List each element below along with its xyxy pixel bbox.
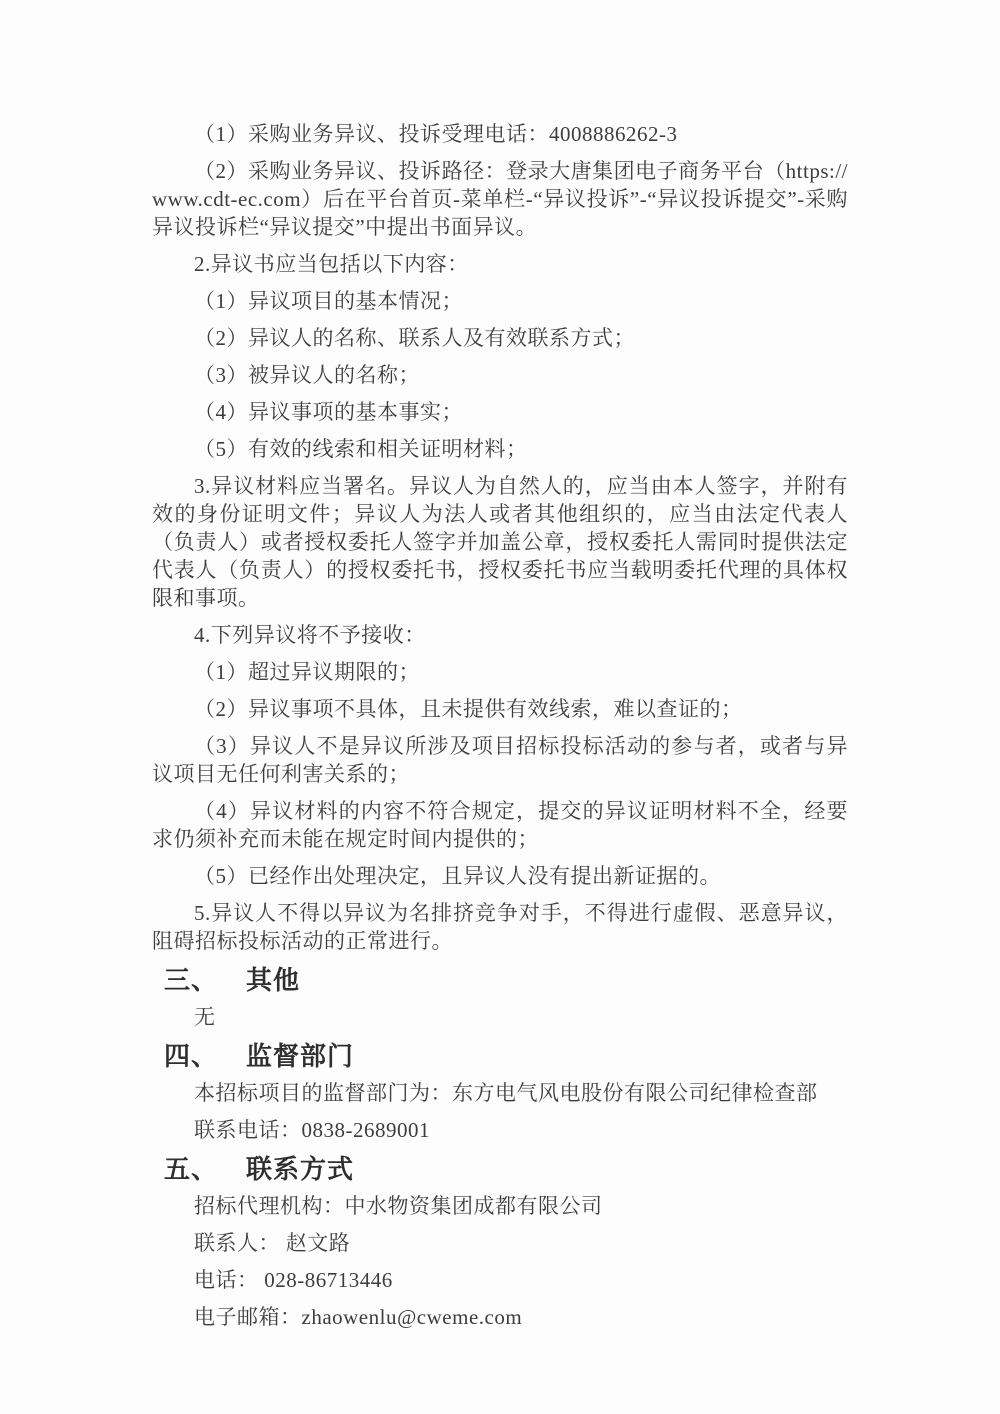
para-objection-letter-intro: 2.异议书应当包括以下内容：	[152, 250, 848, 278]
para-complaint-path: （2）采购业务异议、投诉路径：登录大唐集团电子商务平台（https://www.…	[152, 157, 848, 241]
section-heading-supervision: 四、 监督部门	[152, 1040, 848, 1073]
para-supervision-department: 本招标项目的监督部门为：东方电气风电股份有限公司纪律检查部	[152, 1079, 848, 1107]
para-rejection-item-4: （4）异议材料的内容不符合规定，提交的异议证明材料不全，经要求仍须补充而未能在规…	[152, 797, 848, 853]
heading-title: 其他	[246, 964, 300, 997]
para-other-none: 无	[152, 1003, 848, 1031]
heading-title: 监督部门	[246, 1040, 354, 1073]
para-contact-email: 电子邮箱：zhaowenlu@cweme.com	[152, 1303, 848, 1331]
para-objection-item-3: （3）被异议人的名称；	[152, 361, 848, 389]
para-contact-phone: 电话： 028-86713446	[152, 1266, 848, 1294]
para-objection-item-1: （1）异议项目的基本情况；	[152, 287, 848, 315]
para-agency: 招标代理机构：中水物资集团成都有限公司	[152, 1192, 848, 1220]
para-objection-item-2: （2）异议人的名称、联系人及有效联系方式；	[152, 324, 848, 352]
para-rejection-item-5: （5）已经作出处理决定，且异议人没有提出新证据的。	[152, 862, 848, 890]
para-signature-requirements: 3.异议材料应当署名。异议人为自然人的，应当由本人签字，并附有效的身份证明文件；…	[152, 472, 848, 612]
para-contact-person: 联系人： 赵文路	[152, 1229, 848, 1257]
section-heading-contact: 五、 联系方式	[152, 1153, 848, 1186]
heading-title: 联系方式	[246, 1153, 354, 1186]
para-rejection-item-1: （1）超过异议期限的；	[152, 658, 848, 686]
para-objection-item-5: （5）有效的线索和相关证明材料；	[152, 435, 848, 463]
document-page: （1）采购业务异议、投诉受理电话：4008886262-3 （2）采购业务异议、…	[0, 0, 1000, 1414]
para-no-malicious-objection: 5.异议人不得以异议为名排挤竞争对手，不得进行虚假、恶意异议，阻碍招标投标活动的…	[152, 899, 848, 955]
heading-number: 五、	[164, 1153, 218, 1186]
para-rejection-intro: 4.下列异议将不予接收：	[152, 621, 848, 649]
para-complaint-phone: （1）采购业务异议、投诉受理电话：4008886262-3	[152, 120, 848, 148]
heading-number: 三、	[164, 964, 218, 997]
para-rejection-item-2: （2）异议事项不具体，且未提供有效线索，难以查证的；	[152, 695, 848, 723]
para-rejection-item-3: （3）异议人不是异议所涉及项目招标投标活动的参与者，或者与异议项目无任何利害关系…	[152, 732, 848, 788]
para-objection-item-4: （4）异议事项的基本事实；	[152, 398, 848, 426]
heading-number: 四、	[164, 1040, 218, 1073]
section-heading-other: 三、 其他	[152, 964, 848, 997]
para-supervision-phone: 联系电话：0838-2689001	[152, 1116, 848, 1144]
